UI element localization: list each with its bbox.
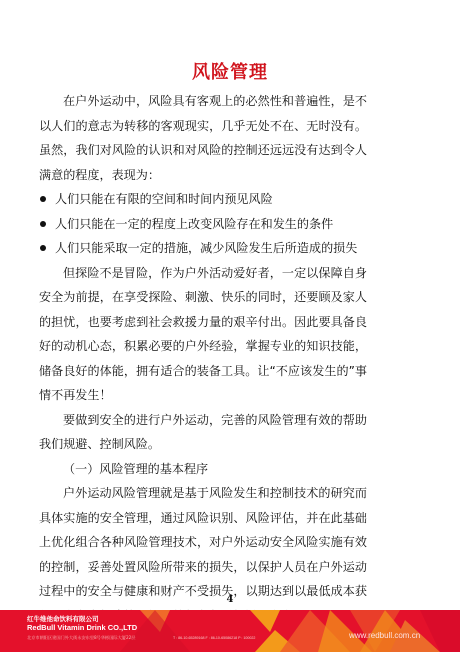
intro-paragraph: 在户外运动中，风险具有客观上的必然性和普遍性，是不以人们的意志为转移的客观现实，… bbox=[39, 89, 367, 187]
company-name-en: RedBull Vitamin Drink CO.,LTD bbox=[27, 623, 137, 632]
body-paragraph: 但探险不是冒险，作为户外活动爱好者，一定以保障自身安全为前提，在享受探险、刺激、… bbox=[39, 261, 367, 408]
bullet-list: 人们只能在有限的空间和时间内预见风险 人们只能在一定的程度上改变风险存在和发生的… bbox=[39, 187, 367, 261]
page-number: 4 bbox=[0, 594, 460, 605]
body-paragraph: 要做到安全的进行户外运动，完善的风险管理有效的帮助我们规避、控制风险。 bbox=[39, 408, 367, 457]
bullet-item: 人们只能在一定的程度上改变风险存在和发生的条件 bbox=[39, 212, 367, 237]
document-body: 在户外运动中，风险具有客观上的必然性和普遍性，是不以人们的意志为转移的客观现实，… bbox=[39, 89, 367, 628]
bullet-dot-icon bbox=[40, 221, 46, 227]
body-paragraph: 户外运动风险管理就是基于风险发生和控制技术的研究而具体实施的安全管理，通过风险识… bbox=[39, 481, 367, 628]
section-heading: （一）风险管理的基本程序 bbox=[39, 457, 367, 482]
bullet-dot-icon bbox=[40, 245, 46, 251]
document-page: 风险管理 在户外运动中，风险具有客观上的必然性和普遍性，是不以人们的意志为转移的… bbox=[0, 0, 460, 652]
bullet-dot-icon bbox=[40, 196, 46, 202]
bullet-item: 人们只能在有限的空间和时间内预见风险 bbox=[39, 187, 367, 212]
company-address: 北京市朝阳区建国门外大街永安东里8号华彬国际大厦22层 bbox=[27, 635, 136, 641]
page-title: 风险管理 bbox=[0, 58, 460, 84]
bullet-item: 人们只能采取一定的措施，减少风险发生后所造成的损失 bbox=[39, 236, 367, 261]
footer-banner: 红牛维他命饮料有限公司 RedBull Vitamin Drink CO.,LT… bbox=[0, 610, 460, 652]
website-link[interactable]: www.redbull.com.cn bbox=[349, 631, 420, 640]
company-contact: T : 86-10-65289168 F : 86-10-65086218 P … bbox=[173, 636, 255, 640]
company-name-cn: 红牛维他命饮料有限公司 bbox=[27, 614, 99, 623]
